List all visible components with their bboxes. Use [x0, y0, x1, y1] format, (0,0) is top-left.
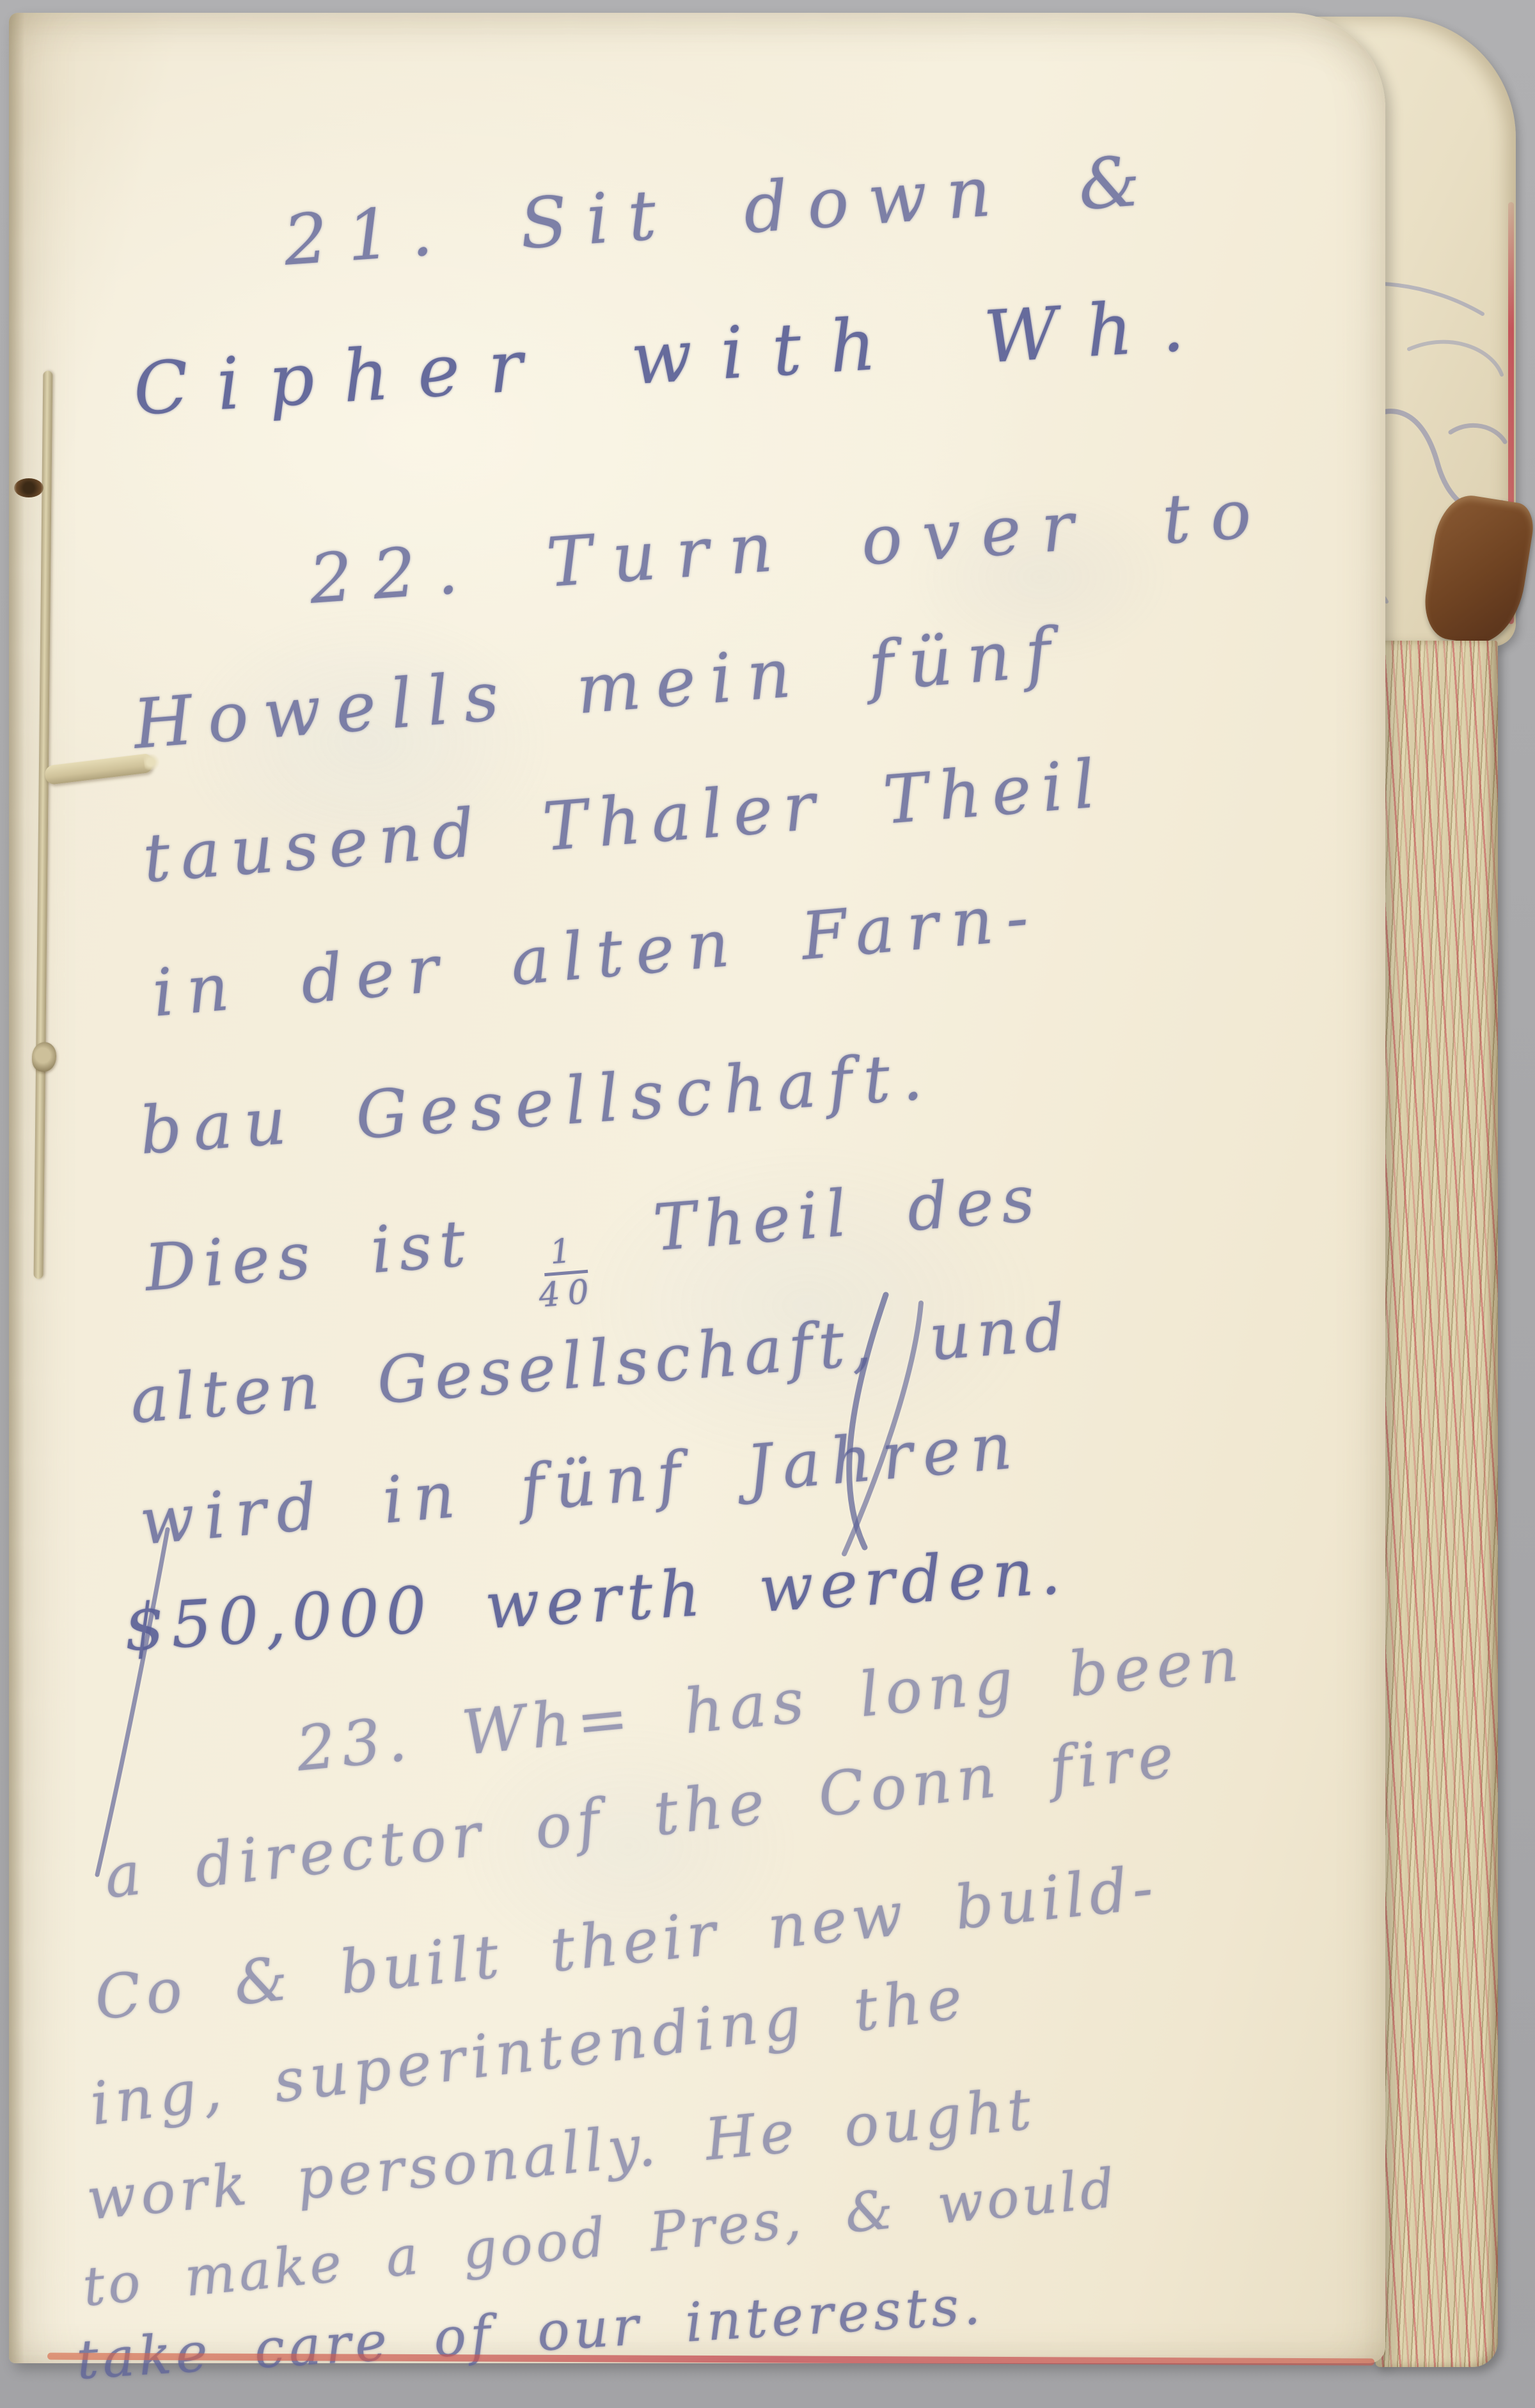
fraction-denominator: 40: [537, 1272, 597, 1313]
handwritten-line-5: tausend Thaler Theil: [140, 744, 1108, 898]
notebook-photo: 21. Sit down & Cipher with Wh. 22. Turn …: [0, 0, 1535, 2408]
handwritten-line-7: bau Gesellschaft.: [138, 1038, 936, 1169]
line-8-text-before-fraction: Dies ist: [142, 1205, 476, 1306]
binding-thread: [34, 371, 53, 1279]
page-torn-left-edge: [9, 13, 24, 2363]
binding-thread-knot: [32, 1042, 56, 1072]
handwritten-line-10: wird in fünf Jahren: [137, 1408, 1025, 1560]
handwritten-line-2: Cipher with Wh.: [131, 283, 1215, 432]
handwritten-line-11: $50,000 werth werden.: [122, 1533, 1069, 1666]
line-8-text-after-fraction: Theil des: [650, 1161, 1044, 1265]
fraction-one-fortieth: 1 40: [534, 1232, 597, 1313]
handwritten-line-1: 21. Sit down &: [281, 140, 1162, 281]
fraction-numerator: 1: [541, 1233, 588, 1276]
handwritten-line-4: Howells mein fünf: [130, 613, 1068, 764]
binding-hole: [14, 478, 43, 497]
handwritten-line-3: 22. Turn over to: [307, 473, 1274, 619]
page-edge-stack: [1375, 641, 1498, 2367]
handwritten-line-6: in der alten Farn-: [150, 879, 1044, 1032]
notebook-page: 21. Sit down & Cipher with Wh. 22. Turn …: [9, 13, 1385, 2363]
